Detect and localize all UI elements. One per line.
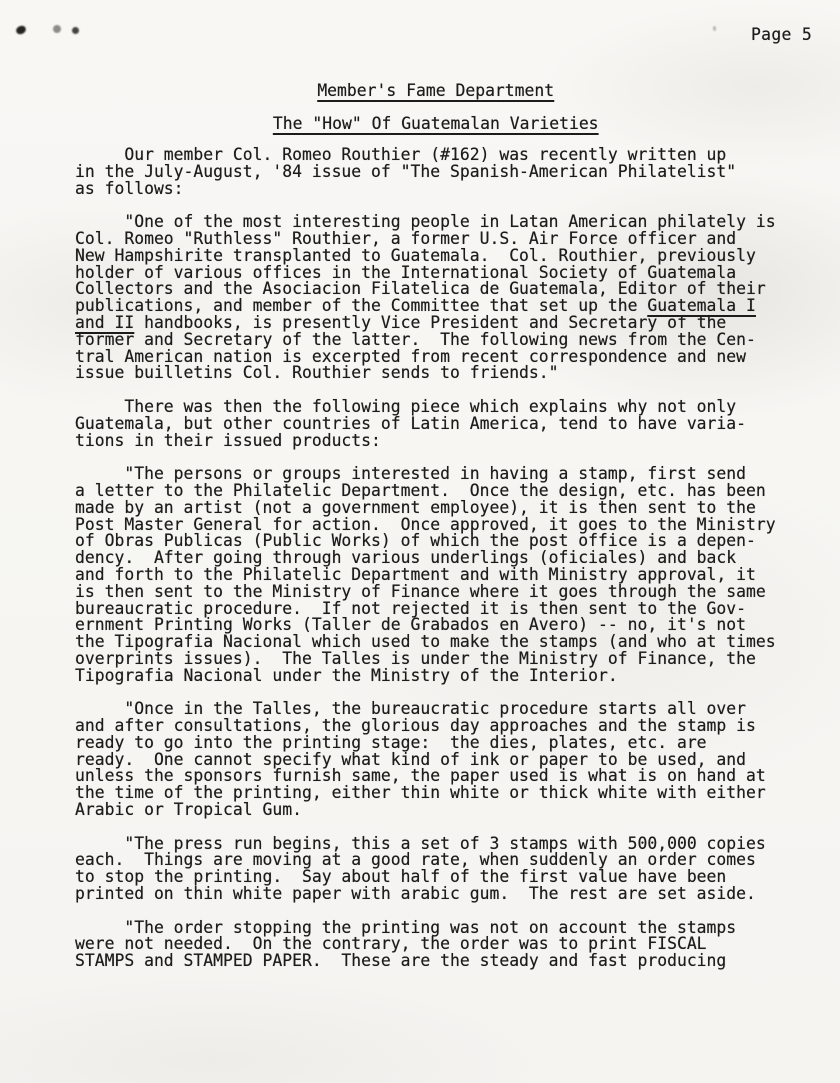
text-line: tions in their issued products: [75, 433, 795, 450]
paragraph: "The order stopping the printing was not… [75, 920, 795, 970]
text-line: is then sent to the Ministry of Finance … [75, 584, 795, 601]
paragraph: "The persons or groups interested in hav… [75, 466, 795, 684]
paragraph: "Once in the Talles, the bureaucratic pr… [75, 701, 795, 819]
text-line: STAMPS and STAMPED PAPER. These are the … [75, 953, 795, 970]
scanned-document-page: Page 5 Member's Fame Department The "How… [0, 0, 840, 1083]
ink-speck [53, 25, 61, 33]
text-line: printed on thin white paper with arabic … [75, 886, 795, 903]
document-body: Our member Col. Romeo Routhier (#162) wa… [75, 147, 795, 970]
paragraph: "The press run begins, this a set of 3 s… [75, 836, 795, 903]
ink-speck [15, 24, 27, 35]
paragraph: Our member Col. Romeo Routhier (#162) wa… [75, 147, 795, 197]
text-line: Tipografia Nacional under the Ministry o… [75, 668, 795, 685]
page-number-label: Page 5 [751, 25, 812, 44]
document-subtitle-row: The "How" Of Guatemalan Varieties [0, 95, 832, 152]
ink-speck [713, 26, 716, 31]
text-line: Arabic or Tropical Gum. [75, 802, 795, 819]
paragraph: "One of the most interesting people in L… [75, 214, 795, 382]
document-subtitle: The "How" Of Guatemalan Varieties [273, 114, 599, 133]
text-line: made by an artist (not a government empl… [75, 500, 795, 517]
text-line: issue builletins Col. Routhier sends to … [75, 365, 795, 382]
paragraph: There was then the following piece which… [75, 399, 795, 449]
text-line: as follows: [75, 181, 795, 198]
ink-speck [71, 26, 80, 35]
